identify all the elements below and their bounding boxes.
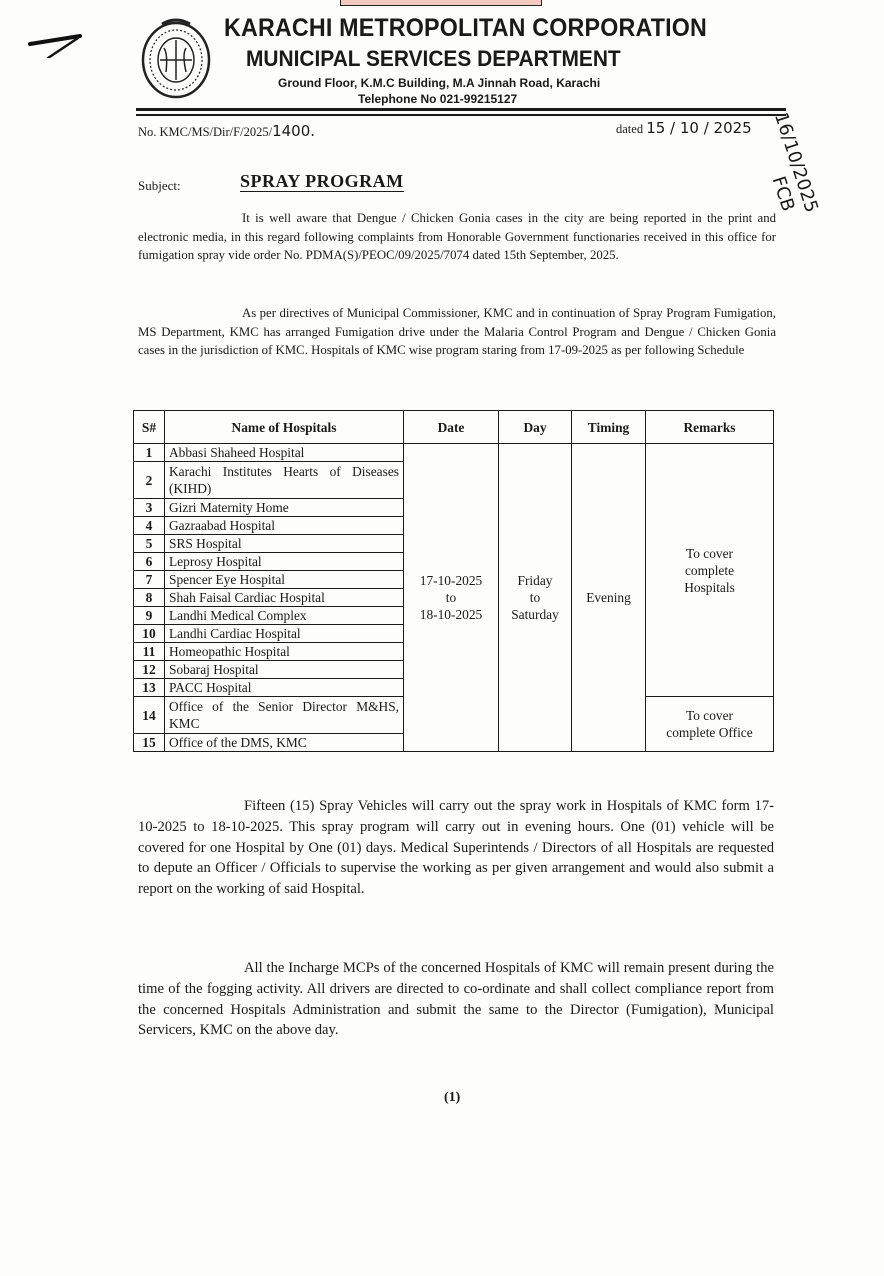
dated-value: 15 / 10 / 2025 xyxy=(646,119,752,137)
kmc-seal-icon xyxy=(138,14,214,100)
row-sn: 14 xyxy=(134,697,165,734)
timing-cell: Evening xyxy=(572,444,646,752)
date-to: 18-10-2025 xyxy=(408,606,494,623)
page-number: (1) xyxy=(444,1090,460,1106)
row-hospital-name: Sobaraj Hospital xyxy=(165,661,404,679)
row-hospital-name: Gazraabad Hospital xyxy=(165,517,404,535)
row-hospital-name: Landhi Cardiac Hospital xyxy=(165,625,404,643)
row-sn: 5 xyxy=(134,535,165,553)
row-hospital-name: SRS Hospital xyxy=(165,535,404,553)
remarks-line: complete xyxy=(650,562,769,579)
paragraph-2-text: As per directives of Municipal Commissio… xyxy=(138,306,776,357)
col-header-date: Date xyxy=(404,411,499,444)
row-hospital-name: Office of the Senior Director M&HS, KMC xyxy=(165,697,404,734)
organization-name: KARACHI METROPOLITAN CORPORATION xyxy=(224,14,707,43)
day-to: Saturday xyxy=(503,606,567,623)
date-sep: to xyxy=(408,589,494,606)
row-sn: 1 xyxy=(134,444,165,462)
address: Ground Floor, K.M.C Building, M.A Jinnah… xyxy=(278,76,600,90)
remarks-office-cell: To cover complete Office xyxy=(646,697,774,752)
col-header-sn: S# xyxy=(134,411,165,444)
row-sn: 7 xyxy=(134,571,165,589)
date-from: 17-10-2025 xyxy=(408,572,494,589)
header-rule xyxy=(136,108,786,111)
row-sn: 2 xyxy=(134,462,165,499)
date-range-cell: 17-10-2025 to 18-10-2025 xyxy=(404,444,499,752)
row-sn: 3 xyxy=(134,499,165,517)
row-hospital-name: Office of the DMS, KMC xyxy=(165,734,404,752)
row-hospital-name: Gizri Maternity Home xyxy=(165,499,404,517)
row-sn: 9 xyxy=(134,607,165,625)
day-sep: to xyxy=(503,589,567,606)
remarks-hospitals-cell: To cover complete Hospitals xyxy=(646,444,774,697)
reference-handwritten-number: 1400. xyxy=(272,122,315,140)
table-row: 1 Abbasi Shaheed Hospital 17-10-2025 to … xyxy=(134,444,774,462)
col-header-remarks: Remarks xyxy=(646,411,774,444)
reference-number: No. KMC/MS/Dir/F/2025/1400. xyxy=(138,122,315,140)
day-range-cell: Friday to Saturday xyxy=(499,444,572,752)
handwritten-tick-icon xyxy=(22,28,82,58)
paragraph-4-text: All the Incharge MCPs of the concerned H… xyxy=(138,960,774,1038)
day-from: Friday xyxy=(503,572,567,589)
row-sn: 15 xyxy=(134,734,165,752)
reference-prefix: No. KMC/MS/Dir/F/2025/ xyxy=(138,125,272,139)
remarks-line: Hospitals xyxy=(650,579,769,596)
col-header-timing: Timing xyxy=(572,411,646,444)
row-sn: 11 xyxy=(134,643,165,661)
remarks-line: To cover xyxy=(650,707,769,724)
row-hospital-name: Karachi Institutes Hearts of Diseases (K… xyxy=(165,462,404,499)
row-hospital-name: Shah Faisal Cardiac Hospital xyxy=(165,589,404,607)
row-hospital-name: Landhi Medical Complex xyxy=(165,607,404,625)
paragraph-3-text: Fifteen (15) Spray Vehicles will carry o… xyxy=(138,798,774,897)
top-edge-strip xyxy=(340,0,542,6)
department-name: MUNICIPAL SERVICES DEPARTMENT xyxy=(246,46,621,72)
col-header-day: Day xyxy=(499,411,572,444)
subject-title: SPRAY PROGRAM xyxy=(240,171,404,192)
row-hospital-name: Leprosy Hospital xyxy=(165,553,404,571)
paragraph-2: As per directives of Municipal Commissio… xyxy=(138,304,776,360)
telephone: Telephone No 021-99215127 xyxy=(358,92,517,106)
paragraph-3: Fifteen (15) Spray Vehicles will carry o… xyxy=(138,796,774,900)
row-sn: 13 xyxy=(134,679,165,697)
subject-label: Subject: xyxy=(138,178,181,194)
row-sn: 12 xyxy=(134,661,165,679)
remarks-line: To cover xyxy=(650,545,769,562)
col-header-name: Name of Hospitals xyxy=(165,411,404,444)
margin-handwritten-note: 16/10/2025 FCB xyxy=(749,110,822,222)
remarks-line: complete Office xyxy=(650,724,769,741)
row-hospital-name: Abbasi Shaheed Hospital xyxy=(165,444,404,462)
row-hospital-name: Spencer Eye Hospital xyxy=(165,571,404,589)
dated-label: dated xyxy=(616,122,643,136)
header-rule-thin xyxy=(136,114,786,116)
table-header-row: S# Name of Hospitals Date Day Timing Rem… xyxy=(134,411,774,444)
row-sn: 4 xyxy=(134,517,165,535)
schedule-table: S# Name of Hospitals Date Day Timing Rem… xyxy=(133,410,774,752)
row-hospital-name: Homeopathic Hospital xyxy=(165,643,404,661)
paragraph-4: All the Incharge MCPs of the concerned H… xyxy=(138,958,774,1041)
paragraph-1: It is well aware that Dengue / Chicken G… xyxy=(138,209,776,265)
row-sn: 10 xyxy=(134,625,165,643)
row-sn: 6 xyxy=(134,553,165,571)
paragraph-1-text: It is well aware that Dengue / Chicken G… xyxy=(138,211,776,262)
reference-date: dated 15 / 10 / 2025 xyxy=(616,119,752,137)
row-hospital-name: PACC Hospital xyxy=(165,679,404,697)
row-sn: 8 xyxy=(134,589,165,607)
